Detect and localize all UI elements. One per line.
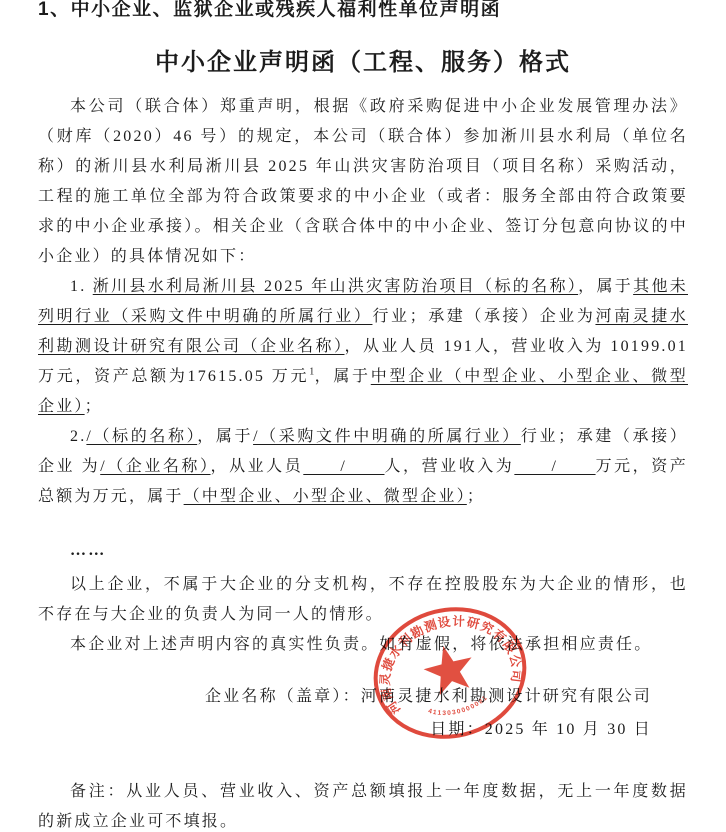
- responsibility-paragraph: 本企业对上述声明内容的真实性负责。如有虚假，将依法承担相应责任。: [38, 630, 688, 660]
- text-segment: ；: [467, 488, 485, 505]
- document-content: 1、中小企业、监狱企业或残疾人福利性单位声明函 中小企业声明函（工程、服务）格式…: [0, 0, 726, 832]
- doc-heading: 1、中小企业、监狱企业或残疾人福利性单位声明函: [38, 0, 688, 21]
- intro-paragraph: 本公司（联合体）郑重声明，根据《政府采购促进中小企业发展管理办法》（财库（202…: [38, 92, 688, 272]
- signature-company-line: 企业名称（盖章）：河南灵捷水利勘测设计研究有限公司: [38, 682, 688, 712]
- text-segment: 以上企业，不属于大企业的分支机构，不存在控股股东为大企业的情形，也不存在与大企业…: [38, 576, 688, 623]
- ellipsis-line: ……: [38, 536, 688, 566]
- signature-date-label: 日期：: [430, 721, 485, 738]
- text-segment: ，属于: [578, 278, 633, 295]
- text-segment: ；: [85, 398, 103, 415]
- note-paragraph: 备注：从业人员、营业收入、资产总额填报上一年度数据，无上一年度数据的新成立企业可…: [38, 777, 688, 832]
- text-segment: 备注：从业人员、营业收入、资产总额填报上一年度数据，无上一年度数据的新成立企业可…: [38, 783, 688, 830]
- text-segment: /: [303, 458, 384, 475]
- text-segment: ，属于: [197, 428, 253, 445]
- assurance-paragraph: 以上企业，不属于大企业的分支机构，不存在控股股东为大企业的情形，也不存在与大企业…: [38, 570, 688, 630]
- text-segment: 2.: [70, 428, 86, 445]
- document-page: 1、中小企业、监狱企业或残疾人福利性单位声明函 中小企业声明函（工程、服务）格式…: [0, 0, 726, 832]
- signature-date-value: 2025 年 10 月 30 日: [485, 721, 652, 738]
- text-segment: ，属于: [314, 368, 371, 385]
- text-segment: /（企业名称）: [100, 458, 210, 475]
- text-segment: （中型企业、小型企业、微型企业）: [184, 488, 467, 505]
- item2-paragraph: 2./（标的名称），属于/（采购文件中明确的所属行业）行业；承建（承接）企业 为…: [38, 422, 688, 512]
- item1-paragraph: 1. 淅川县水利局淅川县 2025 年山洪灾害防治项目（标的名称），属于其他未列…: [38, 272, 688, 422]
- text-segment: 淅川县水利局淅川县 2025 年山洪灾害防治项目（标的名称）: [93, 278, 578, 295]
- text-segment: 人，营业收入为: [385, 458, 515, 475]
- text-segment: 行业；承建（承接）企业为: [372, 308, 595, 325]
- signature-company-name: 河南灵捷水利勘测设计研究有限公司: [361, 688, 652, 705]
- signature-company-label: 企业名称（盖章）：: [205, 688, 361, 705]
- text-segment: 本企业对上述声明内容的真实性负责。如有虚假，将依法承担相应责任。: [70, 636, 652, 653]
- doc-title: 中小企业声明函（工程、服务）格式: [38, 42, 688, 77]
- text-segment: ，从业人员: [211, 458, 304, 475]
- text-segment: /（采购文件中明确的所属行业）: [253, 428, 521, 445]
- text-segment: ……: [70, 542, 106, 559]
- text-segment: 本公司（联合体）郑重声明，根据《政府采购促进中小企业发展管理办法》（财库（202…: [38, 98, 688, 265]
- signature-date-line: 日期：2025 年 10 月 30 日: [38, 715, 688, 745]
- text-segment: /（标的名称）: [86, 428, 197, 445]
- text-segment: /: [514, 458, 595, 475]
- text-segment: 1.: [70, 278, 93, 295]
